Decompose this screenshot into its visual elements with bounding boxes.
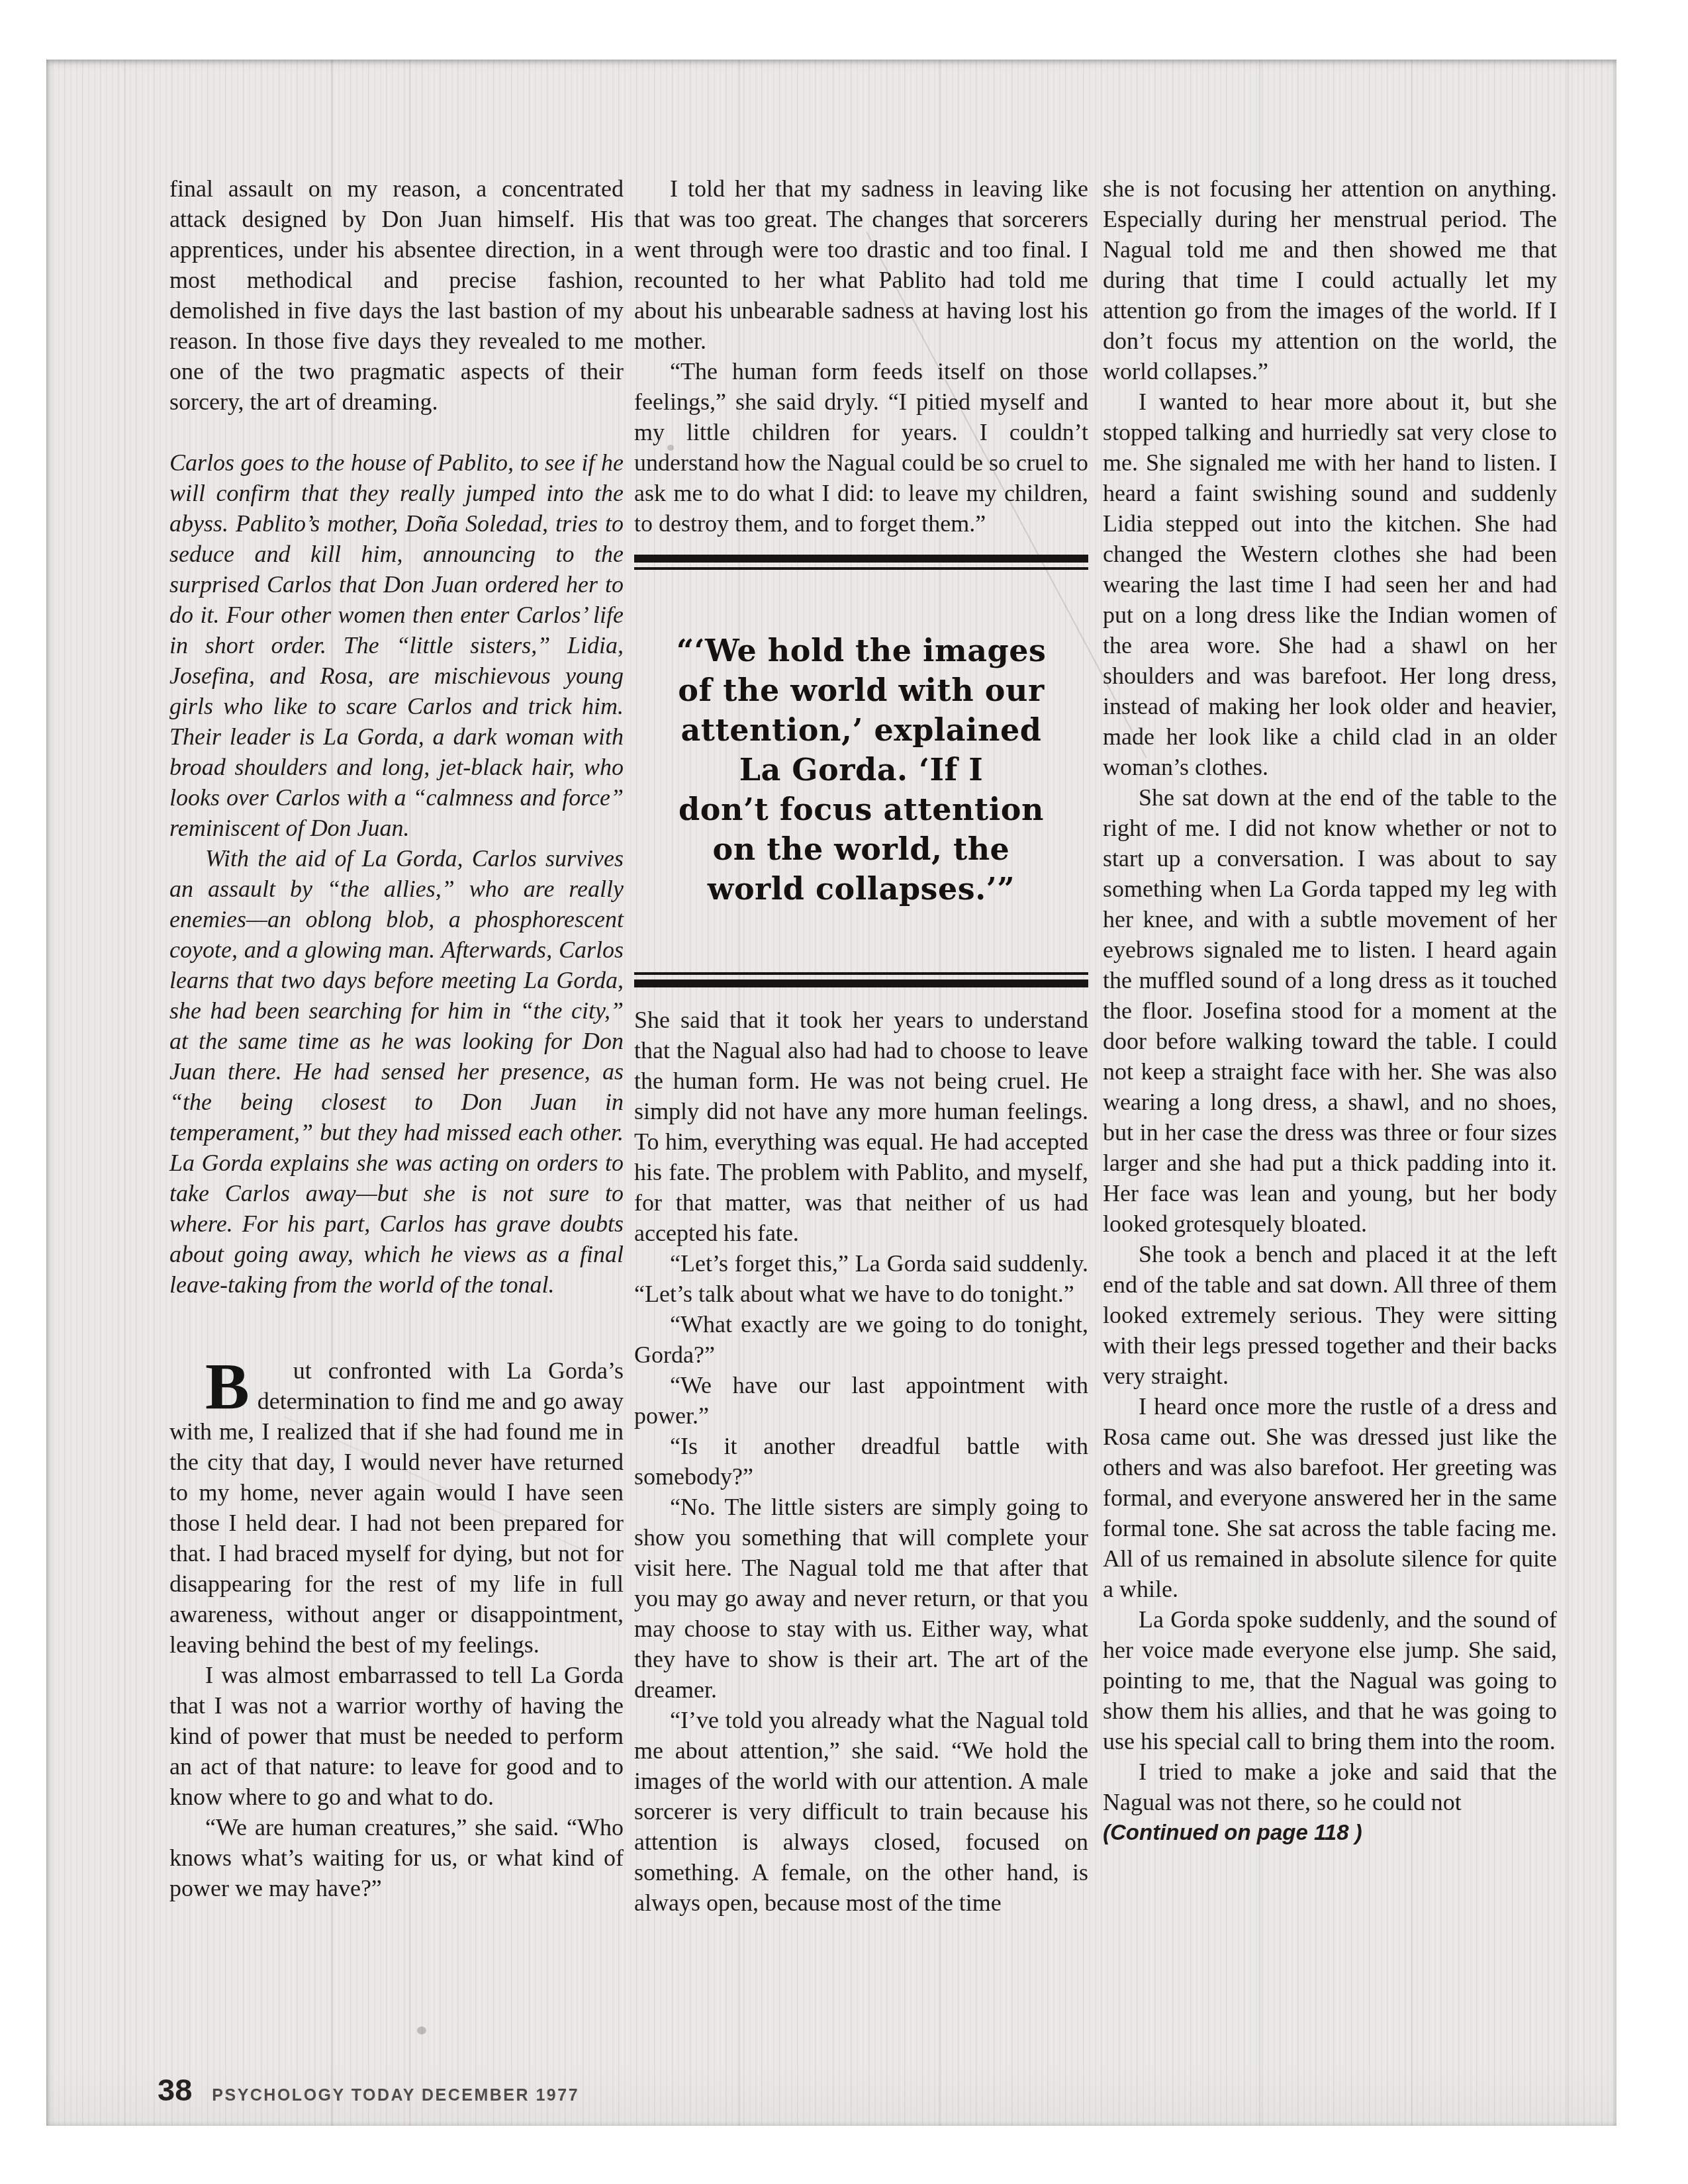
- summary-paragraph-italic: Carlos goes to the house of Pablito, to …: [169, 447, 624, 843]
- body-paragraph: “I’ve told you already what the Nagual t…: [634, 1705, 1088, 1918]
- body-paragraph: I wanted to hear more about it, but she …: [1103, 387, 1557, 782]
- column-2: I told her that my sadness in leaving li…: [634, 173, 1088, 1918]
- magazine-page-scan: final assault on my reason, a concentrat…: [46, 60, 1617, 2126]
- summary-paragraph-italic: With the aid of La Gorda, Carlos survive…: [169, 843, 624, 1300]
- body-paragraph: I heard once more the rustle of a dress …: [1103, 1391, 1557, 1604]
- body-paragraph: I tried to make a joke and said that the…: [1103, 1756, 1557, 1817]
- column-1: final assault on my reason, a concentrat…: [169, 173, 624, 1903]
- page-number: 38: [158, 2071, 192, 2108]
- scan-streak: [1568, 60, 1569, 2126]
- continued-notice: (Continued on page 118 ): [1103, 1817, 1557, 1848]
- body-paragraph: I told her that my sadness in leaving li…: [634, 173, 1088, 356]
- body-paragraph: “The human form feeds itself on those fe…: [634, 356, 1088, 539]
- body-paragraph: “Let’s forget this,” La Gorda said sudde…: [634, 1248, 1088, 1309]
- magazine-footer-line: PSYCHOLOGY TODAY DECEMBER 1977: [212, 2086, 579, 2105]
- dropcap-paragraph: But confronted with La Gorda’s determina…: [169, 1355, 624, 1660]
- scan-streak: [124, 60, 126, 2126]
- body-paragraph: she is not focusing her attention on any…: [1103, 173, 1557, 387]
- body-paragraph: final assault on my reason, a concentrat…: [169, 173, 624, 417]
- page-footer: 38 PSYCHOLOGY TODAY DECEMBER 1977: [158, 2071, 579, 2108]
- body-paragraph: She sat down at the end of the table to …: [1103, 782, 1557, 1239]
- body-paragraph: “We are human creatures,” she said. “Who…: [169, 1812, 624, 1903]
- body-paragraph: “What exactly are we going to do tonight…: [634, 1309, 1088, 1370]
- scan-speck: [417, 2026, 426, 2034]
- body-paragraph: “No. The little sisters are simply going…: [634, 1492, 1088, 1705]
- body-paragraph: La Gorda spoke suddenly, and the sound o…: [1103, 1604, 1557, 1756]
- body-paragraph: “We have our last appointment with power…: [634, 1370, 1088, 1431]
- body-paragraph: She said that it took her years to under…: [634, 1005, 1088, 1248]
- column-3: she is not focusing her attention on any…: [1103, 173, 1557, 1848]
- pull-quote-rule-bottom: [634, 972, 1088, 987]
- dropcap-letter: B: [169, 1355, 258, 1412]
- pull-quote-rule-top: [634, 555, 1088, 570]
- body-paragraph: She took a bench and placed it at the le…: [1103, 1239, 1557, 1391]
- body-paragraph: I was almost embarrassed to tell La Gord…: [169, 1660, 624, 1812]
- pull-quote-text: “‘We hold the images of the world with o…: [634, 570, 1088, 972]
- body-paragraph: “Is it another dreadful battle with some…: [634, 1431, 1088, 1492]
- pull-quote: “‘We hold the images of the world with o…: [634, 555, 1088, 987]
